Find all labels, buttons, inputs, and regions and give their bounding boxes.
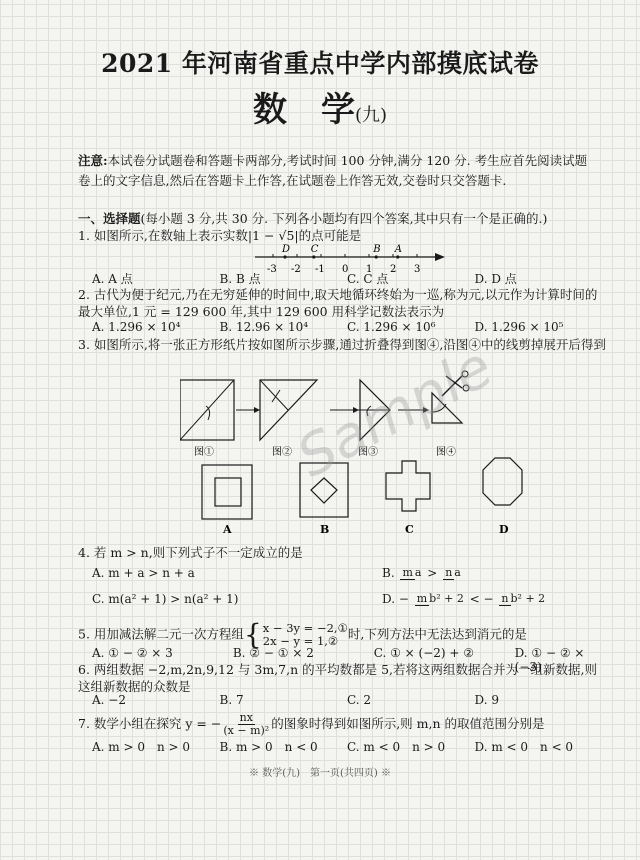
q6-options: A. −2 B. 7 C. 2 D. 9 bbox=[92, 693, 602, 707]
question-text-cont: 的图象时得到如图所示,则 m,n 的取值范围分别是 bbox=[271, 716, 544, 731]
option-a[interactable]: A. 1.296 × 10⁴ bbox=[92, 320, 220, 334]
question-text: 如图所示,将一张正方形纸片按如图所示步骤,通过折叠得到图④,沿图④中的线剪掉展开… bbox=[94, 337, 606, 352]
section-desc: (每小题 3 分,共 30 分. 下列各小题均有四个答案,其中只有一个是正确的.… bbox=[141, 211, 548, 226]
option-prefix: B. bbox=[382, 566, 395, 580]
option-d[interactable]: D. − mb² + 2 < − nb² + 2 bbox=[382, 592, 602, 606]
operator: < − bbox=[470, 592, 494, 606]
option-b[interactable]: B. 7 bbox=[220, 693, 348, 707]
option-d[interactable]: D. m < 0 n < 0 bbox=[475, 738, 603, 755]
numerator: n bbox=[499, 593, 510, 606]
svg-text:B: B bbox=[320, 523, 329, 535]
numerator: m bbox=[415, 593, 429, 606]
svg-text:C: C bbox=[405, 523, 414, 535]
question-5: 5. 用加减法解二元一次方程组{x − 3y = −2,①2x − y = 1,… bbox=[78, 621, 608, 649]
option-a[interactable]: A. −2 bbox=[92, 693, 220, 707]
volume-label: (九) bbox=[355, 105, 387, 126]
q4-options-row1: A. m + a > n + a B. ma > na bbox=[92, 566, 602, 580]
question-1: 1. 如图所示,在数轴上表示实数|1 − √5|的点可能是 bbox=[78, 227, 608, 244]
option-c[interactable]: C. C 点 bbox=[347, 270, 475, 287]
option-c[interactable]: C. 2 bbox=[347, 693, 475, 707]
exam-title: 2021 年河南省重点中学内部摸底试卷 bbox=[0, 44, 640, 80]
fraction: na bbox=[443, 567, 461, 580]
question-text: 古代为便于纪元,乃在无穷延伸的时间中,取天地循环终始为一巡,称为元,以元作为计算… bbox=[78, 287, 597, 319]
question-number: 5. bbox=[78, 627, 90, 642]
notice-text: 本试卷分试题卷和答题卡两部分,考试时间 100 分钟,满分 120 分. 考生应… bbox=[78, 153, 587, 188]
fraction: nx(x − m)² bbox=[223, 712, 269, 737]
option-b[interactable]: B. m > 0 n < 0 bbox=[220, 738, 348, 755]
question-number: 2. bbox=[78, 287, 90, 302]
svg-text:A: A bbox=[222, 523, 232, 535]
q1-options: A. A 点 B. B 点 C. C 点 D. D 点 bbox=[92, 270, 602, 287]
q7-options: A. m > 0 n > 0 B. m > 0 n < 0 C. m < 0 n… bbox=[92, 738, 602, 755]
question-number: 3. bbox=[78, 337, 90, 352]
option-c[interactable]: C. 1.296 × 10⁶ bbox=[347, 320, 475, 334]
page-footer: ※ 数学(九) 第一页(共四页) ※ bbox=[0, 764, 640, 779]
q4-options-row2: C. m(a² + 1) > n(a² + 1) D. − mb² + 2 < … bbox=[92, 592, 602, 606]
denominator: a bbox=[415, 567, 422, 579]
question-3: 3. 如图所示,将一张正方形纸片按如图所示步骤,通过折叠得到图④,沿图④中的线剪… bbox=[78, 336, 608, 353]
svg-text:D: D bbox=[281, 244, 290, 255]
option-b[interactable]: B. ma > na bbox=[382, 566, 582, 580]
denominator: a bbox=[454, 567, 461, 579]
option-c[interactable]: C. m < 0 n > 0 bbox=[347, 738, 475, 755]
section-heading: 一、选择题(每小题 3 分,共 30 分. 下列各小题均有四个答案,其中只有一个… bbox=[78, 209, 547, 227]
operator: > bbox=[427, 566, 437, 580]
svg-text:C: C bbox=[311, 244, 319, 255]
question-6: 6. 两组数据 −2,m,2n,9,12 与 3m,7,n 的平均数都是 5,若… bbox=[78, 661, 608, 695]
fraction: nb² + 2 bbox=[499, 593, 545, 606]
svg-text:A: A bbox=[394, 244, 402, 255]
question-2: 2. 古代为便于纪元,乃在无穷延伸的时间中,取天地循环终始为一巡,称为元,以元作… bbox=[78, 286, 608, 320]
fraction: mb² + 2 bbox=[415, 593, 464, 606]
question-text: 数学小组在探究 y = − bbox=[94, 716, 221, 731]
option-c[interactable]: C. m(a² + 1) > n(a² + 1) bbox=[92, 592, 382, 606]
question-number: 6. bbox=[78, 662, 90, 677]
option-b[interactable]: B. 12.96 × 10⁴ bbox=[220, 320, 348, 334]
option-prefix: D. − bbox=[382, 592, 409, 606]
option-b[interactable]: B. B 点 bbox=[220, 270, 348, 287]
section-title: 一、选择题 bbox=[78, 211, 141, 226]
notice-label: 注意: bbox=[78, 153, 108, 168]
option-a[interactable]: A. m + a > n + a bbox=[92, 566, 382, 580]
question-text: 用加减法解二元一次方程组 bbox=[94, 627, 244, 642]
question-7: 7. 数学小组在探究 y = −nx(x − m)²的图象时得到如图所示,则 m… bbox=[78, 712, 608, 737]
numerator: n bbox=[443, 567, 454, 580]
fraction: ma bbox=[400, 567, 421, 580]
numerator: m bbox=[400, 567, 414, 580]
exam-page: 2021 年河南省重点中学内部摸底试卷 数 学(九) 注意:本试卷分试题卷和答题… bbox=[0, 0, 640, 860]
denominator: b² + 2 bbox=[511, 593, 546, 605]
denominator: b² + 2 bbox=[429, 593, 464, 605]
equation-system: {x − 3y = −2,①2x − y = 1,② bbox=[244, 621, 348, 649]
subject-name: 数 学 bbox=[253, 90, 355, 130]
option-d[interactable]: D. D 点 bbox=[475, 270, 603, 287]
question-number: 1. bbox=[78, 228, 90, 243]
option-d[interactable]: D. 9 bbox=[475, 693, 603, 707]
question-text: 两组数据 −2,m,2n,9,12 与 3m,7,n 的平均数都是 5,若将这两… bbox=[78, 662, 597, 694]
option-a[interactable]: A. m > 0 n > 0 bbox=[92, 738, 220, 755]
subject-title: 数 学(九) bbox=[0, 82, 640, 131]
question-number: 7. bbox=[78, 716, 90, 731]
denominator: (x − m)² bbox=[223, 725, 269, 737]
svg-text:D: D bbox=[499, 523, 509, 535]
svg-text:B: B bbox=[372, 244, 380, 255]
option-a[interactable]: A. A 点 bbox=[92, 270, 220, 287]
question-text-cont: 时,下列方法中无法达到消元的是 bbox=[348, 627, 527, 642]
question-number: 4. bbox=[78, 545, 90, 560]
option-d[interactable]: D. 1.296 × 10⁵ bbox=[475, 320, 603, 334]
question-text: 如图所示,在数轴上表示实数|1 − √5|的点可能是 bbox=[94, 228, 361, 243]
q2-options: A. 1.296 × 10⁴ B. 12.96 × 10⁴ C. 1.296 ×… bbox=[92, 320, 602, 334]
exam-notice: 注意:本试卷分试题卷和答题卡两部分,考试时间 100 分钟,满分 120 分. … bbox=[78, 151, 598, 191]
question-4: 4. 若 m > n,则下列式子不一定成立的是 bbox=[78, 544, 608, 561]
question-text: 若 m > n,则下列式子不一定成立的是 bbox=[94, 545, 303, 560]
